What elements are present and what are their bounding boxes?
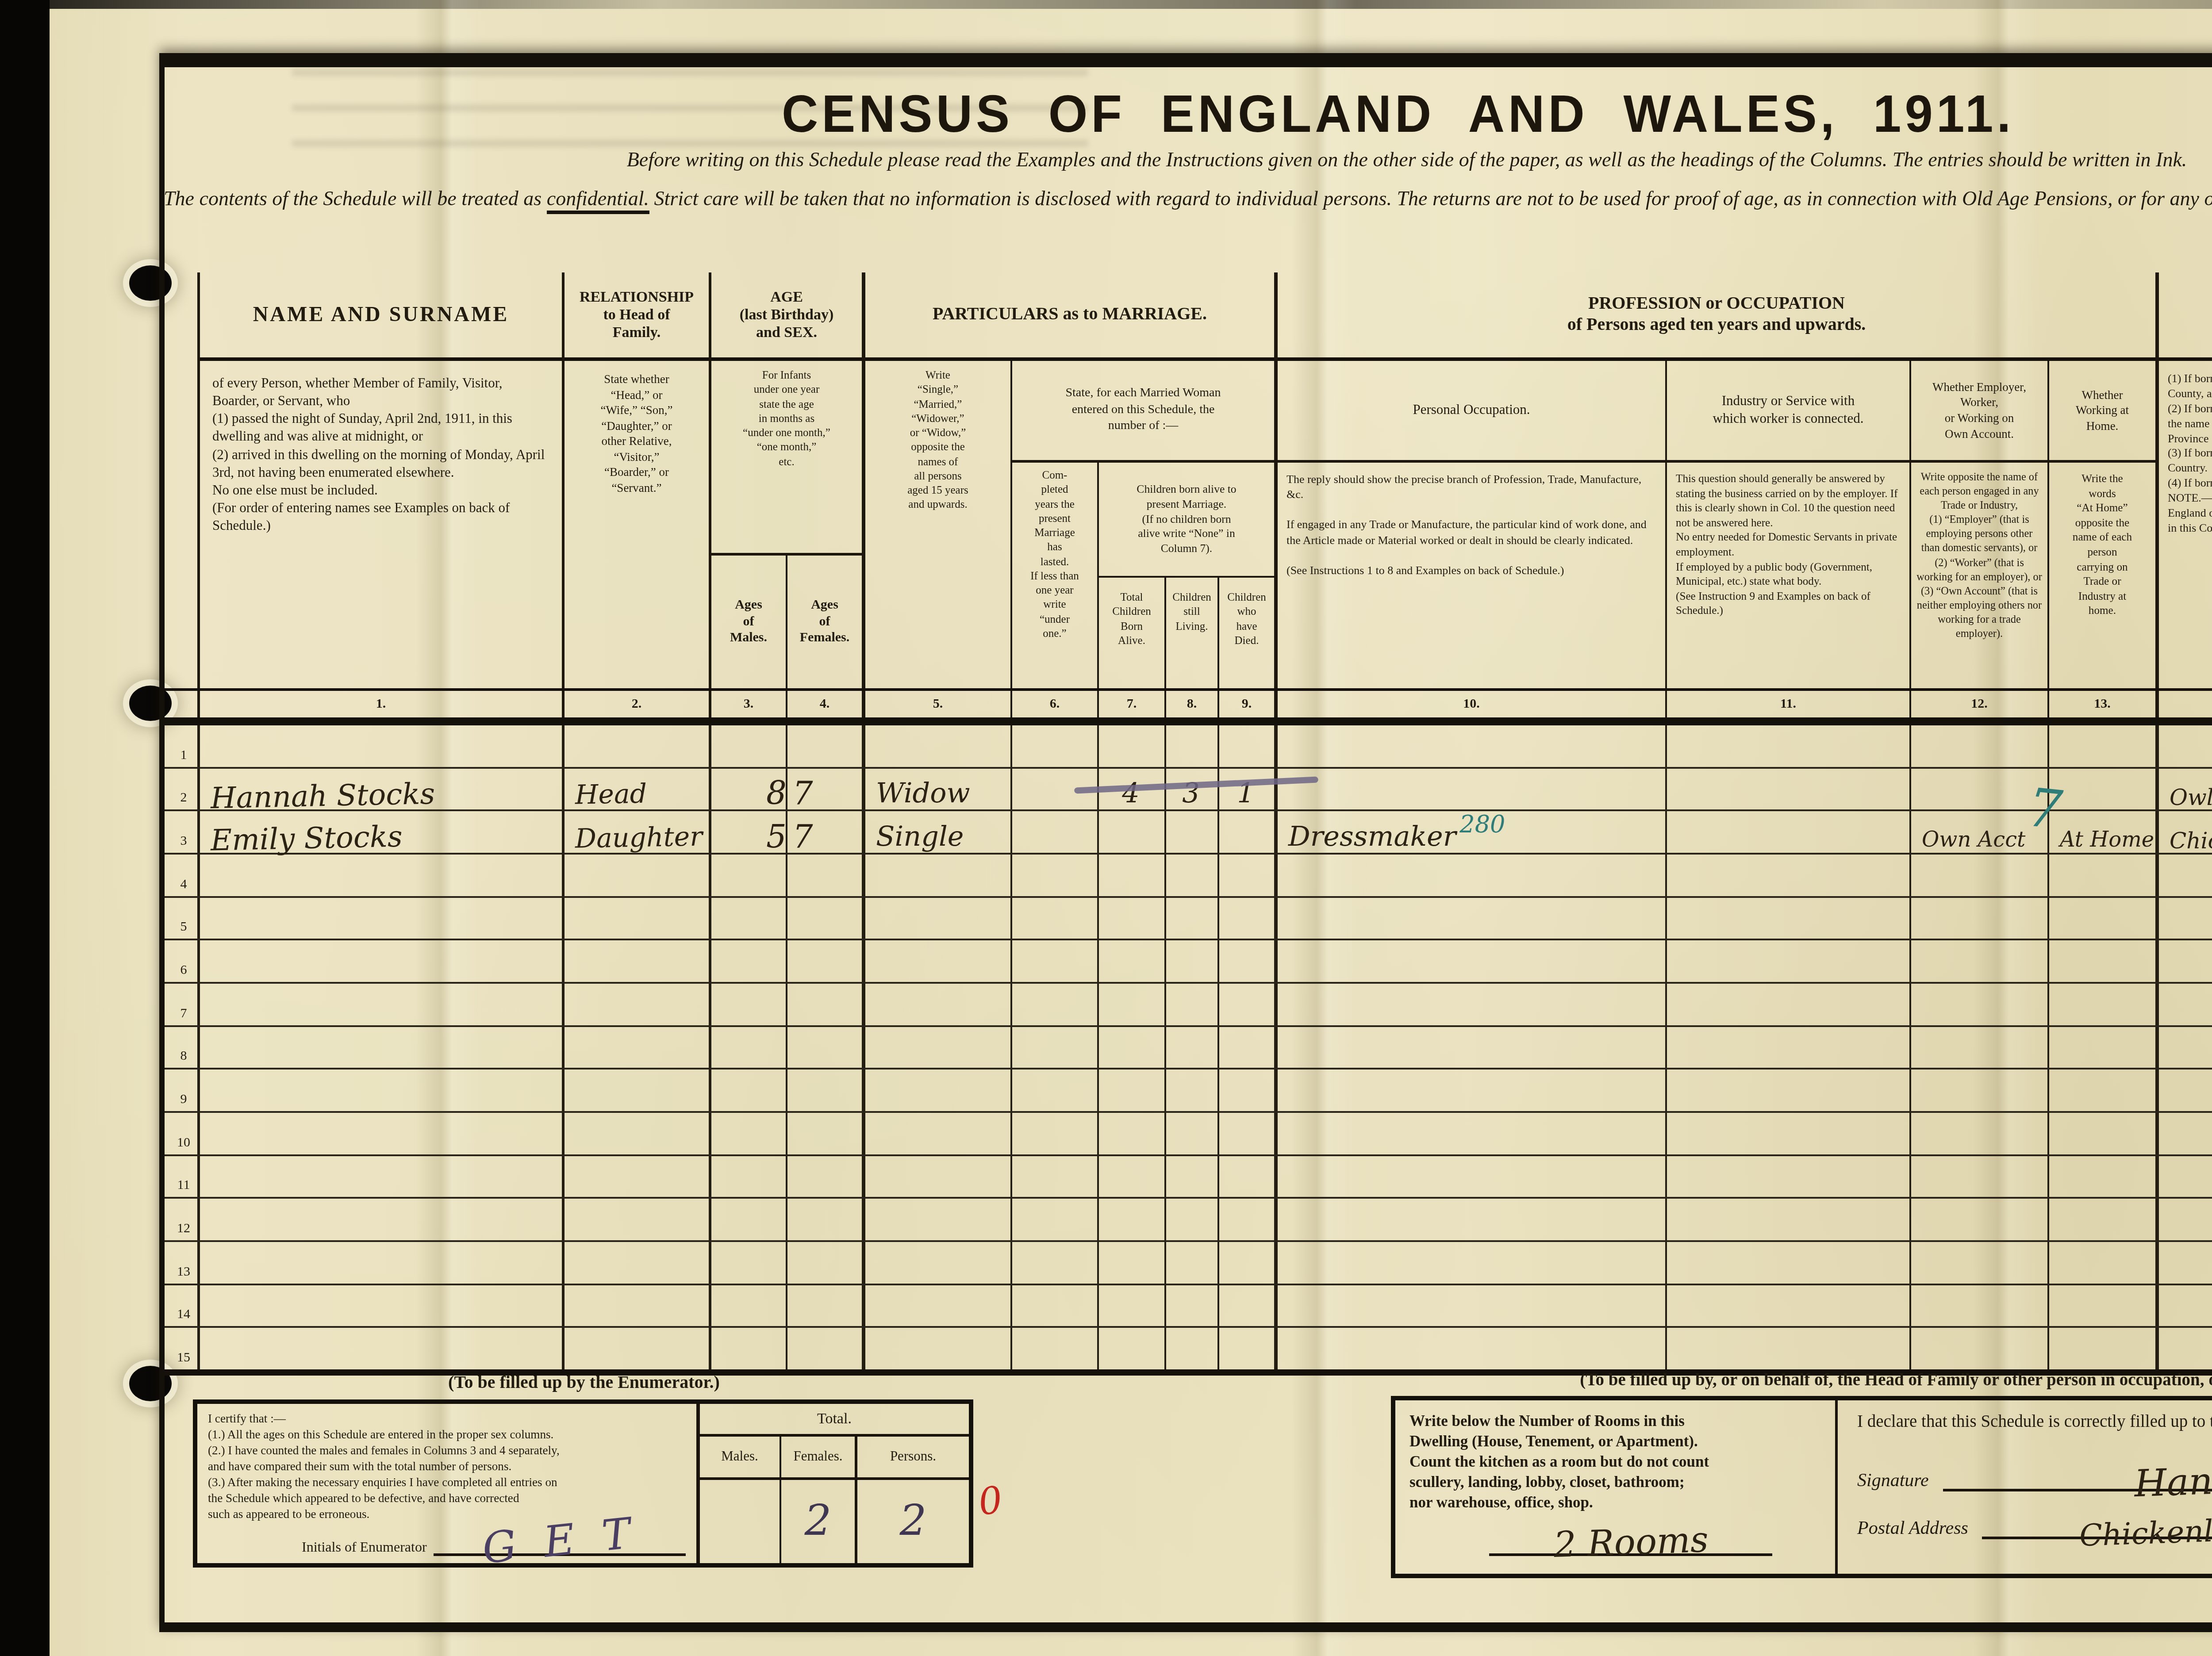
entry-employer-status — [1911, 1027, 2049, 1068]
row-number: 10 — [177, 1135, 190, 1150]
entry-age-males — [711, 897, 787, 939]
at-home-subtitle: Whether Working at Home. — [2049, 361, 2155, 463]
entry-marriage-years — [1012, 1242, 1099, 1283]
entry-age-males — [711, 1027, 787, 1068]
occupation-subtitle: Personal Occupation. — [1278, 361, 1665, 463]
rooms-area: Write below the Number of Rooms in this … — [1395, 1400, 1838, 1574]
entry-occupation — [1278, 984, 1667, 1025]
name-desc: of every Person, whether Member of Famil… — [200, 361, 562, 688]
entry-children-died: 1 — [1219, 768, 1278, 809]
entry-children-living — [1166, 725, 1219, 767]
entry-relationship: Daughter — [565, 812, 711, 853]
entry-industry — [1667, 1027, 1911, 1068]
entry-at-home — [2049, 1328, 2159, 1369]
scan-edge-left — [0, 0, 50, 1656]
entry-age-males — [711, 1199, 787, 1240]
marriage-years-desc: Com- pleted years the present Marriage h… — [1012, 463, 1097, 688]
marriage-title: PARTICULARS as to MARRIAGE. — [865, 272, 1274, 361]
column-number-strip: 1.2.3.4.5.6.7.8.9.10.11.12.13.1415.16. — [165, 688, 2212, 725]
signature-label: Signature — [1857, 1469, 1929, 1491]
entry-industry — [1667, 855, 1911, 896]
row-number-cell: 13 — [165, 1242, 200, 1283]
entry-employer-status — [1911, 897, 2049, 939]
entry-name: Hannah Stocks — [200, 768, 565, 809]
entry-occupation — [1278, 768, 1667, 809]
screenshot-stage: CENSUS OF ENGLAND AND WALES, 1911. Numbe… — [0, 0, 2212, 1656]
row-number: 14 — [177, 1308, 190, 1323]
entry-relationship-value: Daughter — [575, 825, 703, 851]
scan-edge-top — [50, 0, 2212, 9]
table-row: 10 — [165, 1113, 2212, 1156]
table-row: 5 — [165, 897, 2212, 940]
entry-occupation — [1278, 1113, 1667, 1154]
entry-birthplace — [2159, 897, 2212, 939]
entry-marital-status — [865, 941, 1012, 982]
entry-children-died — [1219, 897, 1278, 939]
row-number: 1 — [180, 748, 187, 763]
column-number: 3. — [711, 691, 787, 717]
entry-children-born — [1099, 984, 1166, 1025]
entry-children-born — [1099, 941, 1166, 982]
employer-subtitle: Whether Employer, Worker, or Working on … — [1911, 361, 2047, 463]
column-number: 12. — [1911, 691, 2049, 717]
entry-birthplace — [2159, 1328, 2212, 1369]
entry-relationship-value: Head — [575, 782, 647, 808]
enumerator-tick-mark: 7 — [2025, 782, 2065, 838]
females-label: Females. — [781, 1437, 855, 1480]
at-home-desc: Write the words “At Home” opposite the n… — [2049, 463, 2155, 688]
employer-column: Whether Employer, Worker, or Working on … — [1911, 361, 2049, 688]
children-group: Children born alive to present Marriage.… — [1099, 463, 1274, 688]
entry-occupation — [1278, 1285, 1667, 1326]
entry-children-living — [1166, 1027, 1219, 1068]
entry-children-living — [1166, 941, 1219, 982]
entry-children-born — [1099, 1242, 1166, 1283]
entry-children-born — [1099, 1199, 1166, 1240]
entry-name — [200, 1027, 565, 1068]
entry-age-females — [787, 1328, 865, 1369]
column-number: 6. — [1012, 691, 1099, 717]
row-number: 6 — [180, 963, 187, 978]
entry-relationship — [565, 1199, 711, 1240]
relationship-title: RELATIONSHIP to Head of Family. — [565, 272, 709, 361]
entry-relationship — [565, 897, 711, 939]
entry-occupation: Dressmaker280 — [1278, 812, 1667, 853]
postal-address-value: Chickenley Heath Dewsbury — [2079, 1508, 2212, 1550]
column-number: 8. — [1166, 691, 1219, 717]
entry-at-home — [2049, 1113, 2159, 1154]
confidential-underlined: confidential. — [547, 188, 649, 214]
instructions-line-1: Before writing on this Schedule please r… — [186, 149, 2212, 172]
entry-employer-status — [1911, 1113, 2049, 1154]
column-number: 2. — [565, 691, 711, 717]
householder-section-heading: (To be filled up by, or on behalf of, th… — [1389, 1371, 2212, 1391]
age-subcolumns: Ages of Males. Ages of Females. — [711, 553, 862, 688]
entry-name — [200, 1199, 565, 1240]
entry-at-home: At Home — [2049, 812, 2159, 853]
table-row: 15 — [165, 1328, 2212, 1369]
entry-age-females — [787, 984, 865, 1025]
table-row: 8 — [165, 1027, 2212, 1069]
instructions-line-2-post: Strict care will be taken that no inform… — [649, 188, 2212, 210]
entry-birthplace — [2159, 1242, 2212, 1283]
entry-occupation — [1278, 1156, 1667, 1197]
entry-employer-status — [1911, 1328, 2049, 1369]
entry-age-females: 57 — [787, 812, 865, 853]
entry-marriage-years — [1012, 1156, 1099, 1197]
entry-relationship — [565, 1113, 711, 1154]
entry-at-home — [2049, 1285, 2159, 1326]
entry-at-home — [2049, 1070, 2159, 1111]
entry-children-born — [1099, 1156, 1166, 1197]
column-number: 14 — [2159, 691, 2212, 717]
entry-age-females — [787, 1242, 865, 1283]
entry-birthplace — [2159, 725, 2212, 767]
entry-birthplace — [2159, 1199, 2212, 1240]
row-number-cell: 5 — [165, 897, 200, 939]
persons-total: 2 — [857, 1480, 969, 1563]
entry-age-males — [711, 855, 787, 896]
entry-children-born — [1099, 1027, 1166, 1068]
entry-industry — [1667, 897, 1911, 939]
entry-children-died — [1219, 725, 1278, 767]
entry-marriage-years — [1012, 984, 1099, 1025]
entry-employer-status — [1911, 941, 2049, 982]
column-number: 10. — [1278, 691, 1667, 717]
industry-desc: This question should generally be answer… — [1667, 463, 1909, 688]
row-number-cell: 6 — [165, 941, 200, 982]
entry-age-females — [787, 725, 865, 767]
entry-occupation — [1278, 855, 1667, 896]
entry-marital-status — [865, 897, 1012, 939]
enumerator-box: I certify that :— (1.) All the ages on t… — [193, 1399, 973, 1568]
entry-children-born — [1099, 855, 1166, 896]
entry-at-home — [2049, 1242, 2159, 1283]
entry-industry — [1667, 1285, 1911, 1326]
entry-age-males — [711, 1285, 787, 1326]
table-header: NAME AND SURNAME of every Person, whethe… — [165, 272, 2212, 688]
entry-age-males — [711, 1113, 787, 1154]
entry-occupation — [1278, 1242, 1667, 1283]
entry-children-born — [1099, 897, 1166, 939]
relationship-desc: State whether “Head,” or “Wife,” “Son,” … — [565, 361, 709, 688]
entry-relationship — [565, 725, 711, 767]
column-number: 1. — [200, 691, 565, 717]
entry-age-females — [787, 941, 865, 982]
birthplace-desc: (1) If born in the United Kingdom, write… — [2159, 361, 2212, 688]
entry-at-home — [2049, 1027, 2159, 1068]
ages-of-males-header: Ages of Males. — [711, 556, 787, 688]
entry-children-born — [1099, 1328, 1166, 1369]
entry-industry — [1667, 1113, 1911, 1154]
entry-marriage-years — [1012, 1070, 1099, 1111]
page-title: CENSUS OF ENGLAND AND WALES, 1911. — [283, 84, 2212, 144]
row-number: 11 — [177, 1179, 190, 1194]
table-row: 7 — [165, 984, 2212, 1027]
entry-age-females — [787, 1027, 865, 1068]
column-number: 7. — [1099, 691, 1166, 717]
initials-line: G E T — [434, 1515, 686, 1556]
instructions-line-2: The contents of the Schedule will be tre… — [147, 184, 2212, 215]
enumerator-check-mark: 0 — [976, 1483, 1004, 1519]
total-label: Total. — [700, 1404, 969, 1437]
totals-area: Total. Males. Females. 2 Persons. 2 — [700, 1404, 969, 1563]
entry-marriage-years — [1012, 812, 1099, 853]
entry-children-died — [1219, 855, 1278, 896]
entry-children-living — [1166, 1156, 1219, 1197]
entry-age-males — [711, 725, 787, 767]
postal-address-line: Chickenley Heath Dewsbury — [1982, 1509, 2212, 1539]
row-number-cell: 7 — [165, 984, 200, 1025]
entry-relationship — [565, 855, 711, 896]
entry-marital-status: Widow — [865, 768, 1012, 809]
entry-name — [200, 1285, 565, 1326]
entry-children-living — [1166, 1242, 1219, 1283]
entry-children-died — [1219, 1070, 1278, 1111]
entry-marital-status — [865, 1199, 1012, 1240]
row-number-cell: 11 — [165, 1156, 200, 1197]
entry-employer-status — [1911, 1285, 2049, 1326]
row-number: 4 — [180, 877, 187, 892]
entry-marriage-years — [1012, 941, 1099, 982]
entry-name — [200, 1070, 565, 1111]
age-desc: For Infants under one year state the age… — [711, 361, 862, 553]
children-group-header: Children born alive to present Marriage.… — [1099, 463, 1274, 578]
entry-relationship: Head — [565, 768, 711, 809]
marital-status-desc: Write “Single,” “Married,” “Widower,” or… — [865, 361, 1010, 688]
entry-children-died — [1219, 1199, 1278, 1240]
entry-age-females — [787, 1070, 865, 1111]
row-number: 7 — [180, 1006, 187, 1021]
entry-name — [200, 1156, 565, 1197]
entry-age-males — [711, 1328, 787, 1369]
entry-occupation — [1278, 1199, 1667, 1240]
entry-children-died — [1219, 812, 1278, 853]
census-sheet: CENSUS OF ENGLAND AND WALES, 1911. Numbe… — [0, 0, 2212, 1656]
col-header-age: AGE (last Birthday) and SEX. For Infants… — [711, 272, 865, 688]
entry-employer-status — [1911, 855, 2049, 896]
entry-name — [200, 984, 565, 1025]
entry-birthplace — [2159, 1113, 2212, 1154]
row-number: 15 — [177, 1351, 190, 1366]
table-row: 14 — [165, 1285, 2212, 1328]
entry-age-females: 87 — [787, 768, 865, 809]
entry-relationship — [565, 984, 711, 1025]
postal-address-label: Postal Address — [1857, 1517, 1968, 1539]
signature-line: Hannah Stocks — [1943, 1455, 2212, 1491]
table-row: 4Dewsbury Yorks — [165, 855, 2212, 897]
row-number-cell: 2 — [165, 768, 200, 809]
row-number-cell: 10 — [165, 1113, 200, 1154]
entry-employer-status — [1911, 725, 2049, 767]
declaration-text: I declare that this Schedule is correctl… — [1857, 1413, 2212, 1432]
col-header-marriage: PARTICULARS as to MARRIAGE. Write “Singl… — [865, 272, 1278, 688]
entry-children-died — [1219, 1285, 1278, 1326]
entry-children-living — [1166, 984, 1219, 1025]
rooms-instructions: Write below the Number of Rooms in this … — [1409, 1411, 1821, 1513]
entry-children-born — [1099, 1285, 1166, 1326]
entry-name: Emily Stocks — [200, 812, 565, 853]
entry-industry — [1667, 1199, 1911, 1240]
row-number: 8 — [180, 1050, 187, 1065]
entry-age-males — [711, 1156, 787, 1197]
row-number-cell: 8 — [165, 1027, 200, 1068]
entry-industry — [1667, 768, 1911, 809]
females-total: 2 — [781, 1480, 855, 1563]
ages-of-females-header: Ages of Females. — [787, 556, 862, 688]
col-header-name: NAME AND SURNAME of every Person, whethe… — [200, 272, 565, 688]
entry-children-living — [1166, 1070, 1219, 1111]
entry-relationship — [565, 1242, 711, 1283]
entry-industry — [1667, 812, 1911, 853]
entry-industry — [1667, 1242, 1911, 1283]
entry-marital-status — [865, 984, 1012, 1025]
industry-subtitle: Industry or Service with which worker is… — [1667, 361, 1909, 463]
declaration-area: I declare that this Schedule is correctl… — [1838, 1400, 2212, 1574]
signature-value: Hannah Stocks — [2134, 1457, 2212, 1501]
entry-marital-status-value: Single — [876, 825, 964, 850]
employer-desc: Write opposite the name of each person e… — [1911, 463, 2047, 688]
entry-children-died — [1219, 1113, 1278, 1154]
row-number-cell: 9 — [165, 1070, 200, 1111]
entry-at-home — [2049, 897, 2159, 939]
entry-marital-status: Single — [865, 812, 1012, 853]
entry-birthplace: Owl Lane Ossett Yorks030 — [2159, 768, 2212, 809]
children-living-header: Children still Living. — [1166, 578, 1219, 688]
entry-marriage-years — [1012, 897, 1099, 939]
entry-children-died — [1219, 1156, 1278, 1197]
entry-marriage-years — [1012, 1285, 1099, 1326]
married-woman-header: State, for each Married Woman entered on… — [1012, 361, 1274, 463]
entry-occupation — [1278, 1027, 1667, 1068]
entry-at-home — [2049, 768, 2159, 809]
entry-marital-status — [865, 725, 1012, 767]
entry-birthplace — [2159, 984, 2212, 1025]
males-total — [700, 1480, 780, 1563]
entry-marital-status — [865, 855, 1012, 896]
entry-industry — [1667, 1328, 1911, 1369]
entry-marital-status — [865, 1070, 1012, 1111]
entry-occupation — [1278, 1070, 1667, 1111]
entry-children-living — [1166, 1113, 1219, 1154]
census-table: NAME AND SURNAME of every Person, whethe… — [165, 272, 2212, 1376]
entry-industry — [1667, 984, 1911, 1025]
entry-name — [200, 855, 565, 896]
industry-column: Industry or Service with which worker is… — [1667, 361, 1911, 688]
entry-employer-status — [1911, 984, 2049, 1025]
entry-children-born — [1099, 1113, 1166, 1154]
row-number-cell: 12 — [165, 1199, 200, 1240]
entry-marriage-years — [1012, 725, 1099, 767]
entry-children-living — [1166, 855, 1219, 896]
entry-marital-status — [865, 1156, 1012, 1197]
entry-employer-status — [1911, 1156, 2049, 1197]
entry-relationship — [565, 1328, 711, 1369]
entry-birthplace — [2159, 1070, 2212, 1111]
entry-industry — [1667, 1070, 1911, 1111]
married-woman-group: State, for each Married Woman entered on… — [1012, 361, 1274, 688]
row-number-cell: 3 — [165, 812, 200, 853]
entry-relationship — [565, 1156, 711, 1197]
entry-marriage-years — [1012, 1027, 1099, 1068]
row-number-cell: 15 — [165, 1328, 200, 1369]
row-number: 2 — [180, 791, 187, 806]
entry-birthplace-value: Owl Lane Ossett Yorks — [2170, 788, 2212, 808]
entry-birthplace — [2159, 1285, 2212, 1326]
entry-marriage-years — [1012, 1328, 1099, 1369]
entry-age-males — [711, 1070, 787, 1111]
persons-label: Persons. — [857, 1437, 969, 1480]
age-title: AGE (last Birthday) and SEX. — [711, 272, 862, 361]
entry-name — [200, 1113, 565, 1154]
entry-name — [200, 1242, 565, 1283]
entry-employer-status — [1911, 1242, 2049, 1283]
marriage-body: Write “Single,” “Married,” “Widower,” or… — [865, 361, 1274, 688]
entry-name — [200, 725, 565, 767]
entry-name — [200, 897, 565, 939]
col-header-birthplace: BIRTHPLACE of every person. (1) If born … — [2159, 272, 2212, 688]
entry-at-home — [2049, 1156, 2159, 1197]
entry-children-born — [1099, 1070, 1166, 1111]
entry-age-females-value: 87 — [766, 780, 819, 809]
entry-age-males — [711, 984, 787, 1025]
table-rows: 12Hannah StocksHead87Widow431Owl Lane Os… — [165, 725, 2212, 1376]
entry-children-died — [1219, 1027, 1278, 1068]
column-number: 5. — [865, 691, 1012, 717]
entry-age-females — [787, 1285, 865, 1326]
marital-status-column: Write “Single,” “Married,” “Widower,” or… — [865, 361, 1012, 688]
entry-children-died — [1219, 984, 1278, 1025]
row-number-cell: 4 — [165, 855, 200, 896]
entry-occupation — [1278, 941, 1667, 982]
entry-age-females — [787, 1113, 865, 1154]
entry-birthplace — [2159, 1156, 2212, 1197]
column-number: 13. — [2049, 691, 2159, 717]
column-number: 11. — [1667, 691, 1911, 717]
entry-relationship — [565, 1027, 711, 1068]
entry-marital-status — [865, 1285, 1012, 1326]
entry-relationship — [565, 941, 711, 982]
entry-marital-status-value: Widow — [876, 782, 970, 807]
entry-name-value: Hannah Stocks — [211, 780, 435, 811]
profession-title: PROFESSION or OCCUPATION of Persons aged… — [1278, 272, 2155, 361]
row-number-cell: 14 — [165, 1285, 200, 1326]
entry-occupation — [1278, 1328, 1667, 1369]
row-number: 12 — [177, 1222, 190, 1237]
males-label: Males. — [700, 1437, 780, 1480]
entry-children-living — [1166, 1285, 1219, 1326]
entry-children-died — [1219, 1328, 1278, 1369]
entry-marriage-years — [1012, 855, 1099, 896]
entry-children-died — [1219, 941, 1278, 982]
entry-age-females — [787, 897, 865, 939]
entry-age-females — [787, 1156, 865, 1197]
entry-at-home-value: At Home — [2060, 831, 2154, 850]
entry-age-females-value: 57 — [766, 823, 819, 852]
row-number: 13 — [177, 1265, 190, 1280]
entry-employer-status: Own Acct7 — [1911, 812, 2049, 853]
entry-children-born — [1099, 725, 1166, 767]
entry-relationship — [565, 1285, 711, 1326]
column-number-blank — [165, 691, 200, 717]
name-title: NAME AND SURNAME — [200, 272, 562, 361]
entry-age-males — [711, 1242, 787, 1283]
entry-employer-status-value: Own Acct — [1922, 831, 2025, 850]
entry-children-died — [1219, 1242, 1278, 1283]
entry-name — [200, 941, 565, 982]
col-header-relationship: RELATIONSHIP to Head of Family. State wh… — [565, 272, 711, 688]
entry-at-home — [2049, 855, 2159, 896]
